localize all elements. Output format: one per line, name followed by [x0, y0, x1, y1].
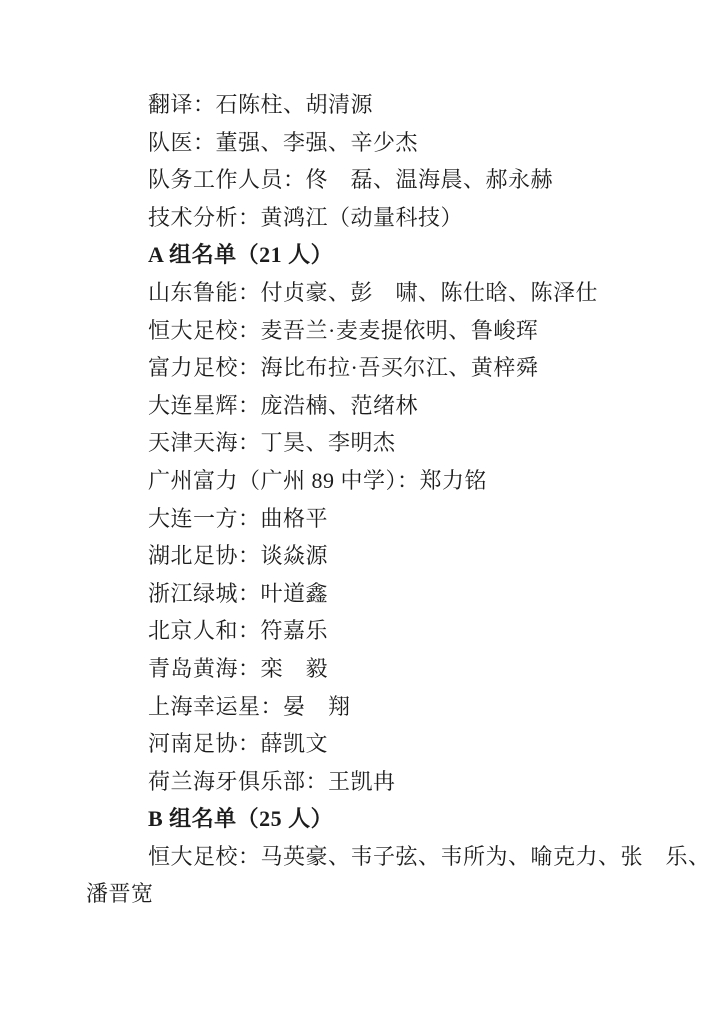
line-evergrande-school-b-wrap: 潘晋宽 — [86, 875, 680, 913]
line-tech-analysis: 技术分析：黄鸿江（动量科技） — [86, 199, 680, 237]
line-guangzhou-rf: 广州富力（广州 89 中学）：郑力铭 — [86, 462, 680, 500]
line-dalian-yifang: 大连一方：曲格平 — [86, 500, 680, 538]
line-hubei-fa: 湖北足协：谈焱源 — [86, 537, 680, 575]
line-shandong-luneng: 山东鲁能：付贞豪、彭 啸、陈仕晗、陈泽仕 — [86, 274, 680, 312]
heading-group-a-roster: A 组名单（21 人） — [86, 236, 680, 274]
heading-group-b-roster: B 组名单（25 人） — [86, 800, 680, 838]
line-henan-fa: 河南足协：薛凯文 — [86, 725, 680, 763]
line-den-haag-club: 荷兰海牙俱乐部：王凯冉 — [86, 763, 680, 801]
line-shanghai-luckystar: 上海幸运星：晏 翔 — [86, 688, 680, 726]
line-translator: 翻译：石陈柱、胡清源 — [86, 86, 680, 124]
line-qingdao-huanghai: 青岛黄海：栾 毅 — [86, 650, 680, 688]
line-team-doctor: 队医：董强、李强、辛少杰 — [86, 124, 680, 162]
line-tianjin-tianhai: 天津天海：丁昊、李明杰 — [86, 424, 680, 462]
line-team-staff: 队务工作人员：佟 磊、温海晨、郝永赫 — [86, 161, 680, 199]
line-rf-school: 富力足校：海比布拉·吾买尔江、黄梓舜 — [86, 349, 680, 387]
line-dalian-xinghui: 大连星辉：庞浩楠、范绪林 — [86, 387, 680, 425]
line-evergrande-school-b: 恒大足校：马英豪、韦子弦、韦所为、喻克力、张 乐、 — [86, 838, 680, 876]
line-beijing-renhe: 北京人和：符嘉乐 — [86, 612, 680, 650]
document-body: 翻译：石陈柱、胡清源 队医：董强、李强、辛少杰 队务工作人员：佟 磊、温海晨、郝… — [86, 86, 680, 913]
document-page: 翻译：石陈柱、胡清源 队医：董强、李强、辛少杰 队务工作人员：佟 磊、温海晨、郝… — [0, 0, 720, 1018]
line-zhejiang-greentown: 浙江绿城：叶道鑫 — [86, 575, 680, 613]
line-evergrande-school-a: 恒大足校：麦吾兰·麦麦提依明、鲁峻珲 — [86, 312, 680, 350]
